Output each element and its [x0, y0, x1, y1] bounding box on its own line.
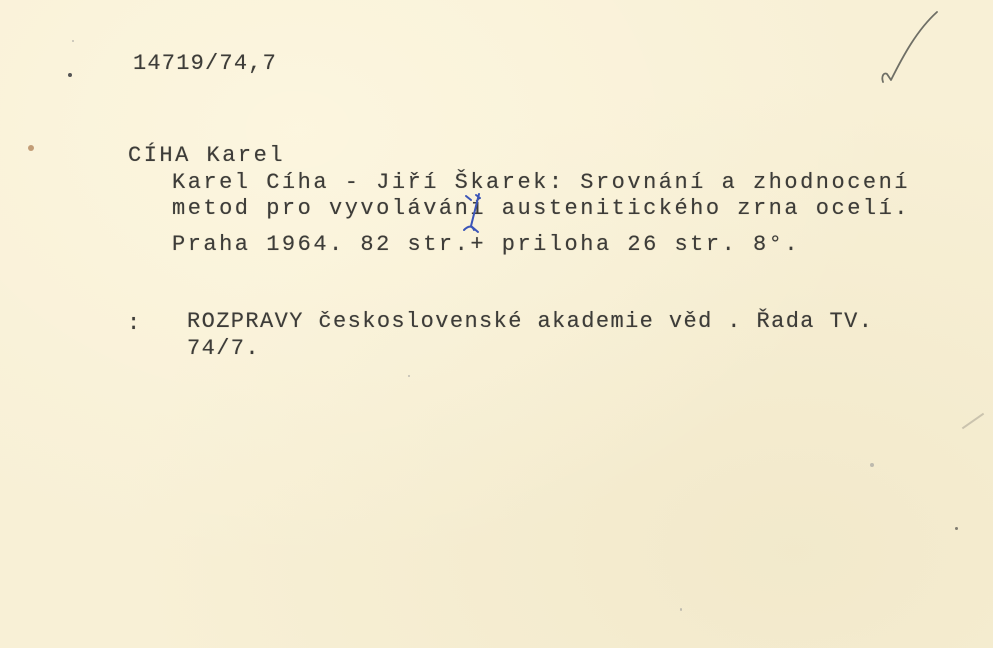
paper-speck	[680, 608, 682, 611]
author-heading: CÍHA Karel	[128, 145, 285, 167]
paper-scratch	[962, 413, 984, 430]
title-line-2: metod pro vyvolávání austenitického zrna…	[172, 198, 910, 220]
paper-speck	[72, 40, 74, 42]
paper-stain	[28, 145, 34, 151]
series-marker: :	[127, 313, 143, 335]
paper-speck	[955, 527, 958, 530]
catalog-card: 14719/74,7 CÍHA Karel Karel Cíha - Jiří …	[0, 0, 993, 648]
imprint-line: Praha 1964. 82 str.+ priloha 26 str. 8°.	[172, 234, 800, 256]
paper-speck	[408, 375, 410, 377]
title-line-1: Karel Cíha - Jiří Škarek: Srovnání a zho…	[172, 172, 910, 194]
series-line-1: ROZPRAVY československé akademie věd . Ř…	[187, 311, 873, 333]
call-number: 14719/74,7	[133, 53, 277, 75]
series-line-2: 74/7.	[187, 338, 260, 360]
handwritten-check-icon	[875, 8, 945, 90]
dot-mark	[68, 73, 72, 77]
paper-speck	[870, 463, 874, 467]
handwritten-insertion-mark-icon	[462, 192, 486, 234]
